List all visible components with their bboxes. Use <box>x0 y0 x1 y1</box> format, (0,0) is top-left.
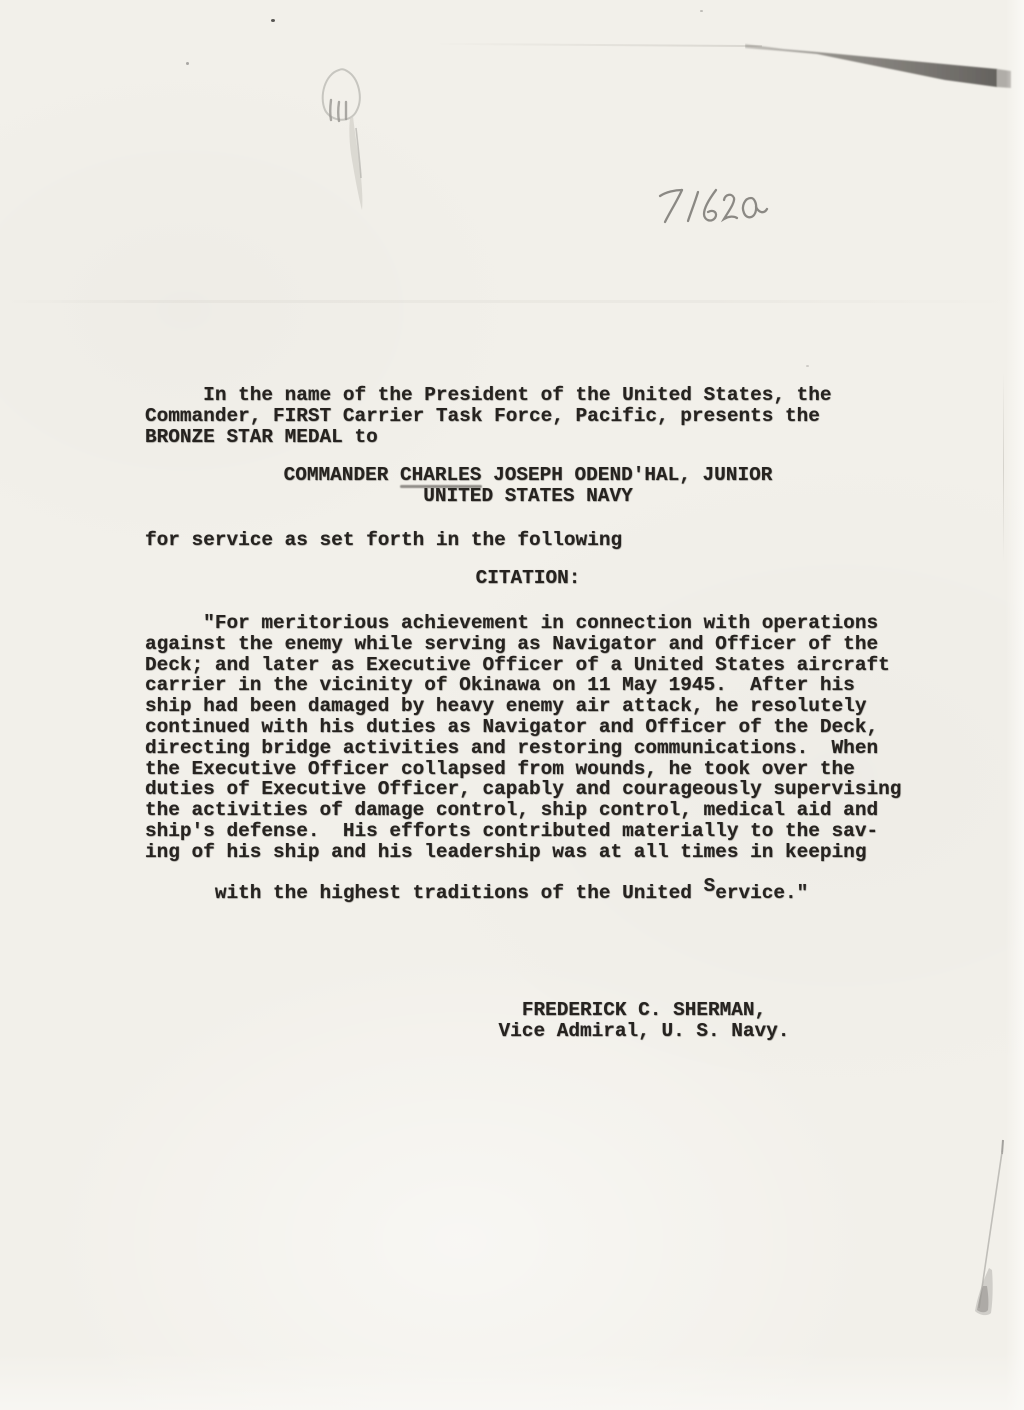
citation-line: against the enemy while serving as Navig… <box>145 634 945 655</box>
scan-edge-line <box>1003 372 1004 562</box>
signature-title: Vice Admiral, U. S. Navy. <box>344 1021 944 1042</box>
raised-letter: S <box>704 876 716 897</box>
ink-speck <box>186 62 189 65</box>
ink-speck <box>271 19 275 22</box>
citation-line: ship had been damaged by heavy enemy air… <box>145 696 945 717</box>
scan-edge-bottom <box>0 1352 1024 1410</box>
citation-last-suffix: ervice." <box>715 882 808 904</box>
preamble: for service as set forth in the followin… <box>145 530 945 551</box>
citation-line: "For meritorious achievement in connecti… <box>145 613 945 634</box>
citation-line: carrier in the vicinity of Okinawa on 11… <box>145 675 945 696</box>
scan-streak-artifact <box>745 38 1024 98</box>
signature-name: FREDERICK C. SHERMAN, <box>344 1000 944 1021</box>
opening-line: In the name of the President of the Unit… <box>145 385 945 406</box>
citation-line: continued with his duties as Navigator a… <box>145 717 945 738</box>
scanned-document-page: 71620 In the name of the President of th… <box>0 0 1024 1410</box>
overstrike-smear <box>400 485 482 488</box>
citation-last-line: with the highest traditions of the Unite… <box>145 863 945 925</box>
scan-edge-right <box>1006 0 1024 1410</box>
citation-last-prefix: with the highest traditions of the Unite… <box>215 882 704 904</box>
paper-fold-line <box>0 300 1024 303</box>
handwritten-number-value: 71620 <box>652 182 653 183</box>
opening-line: Commander, FIRST Carrier Task Force, Pac… <box>145 406 945 427</box>
citation-line: Deck; and later as Executive Officer of … <box>145 655 945 676</box>
recipient-branch: UNITED STATES NAVY <box>145 486 911 507</box>
recipient-name: COMMANDER CHARLES JOSEPH ODEND'HAL, JUNI… <box>145 465 911 486</box>
citation-line: the activities of damage control, ship c… <box>145 800 945 821</box>
handwritten-number: 71620 <box>652 182 780 234</box>
ink-speck <box>700 10 703 12</box>
citation-paragraph: "For meritorious achievement in connecti… <box>145 613 945 925</box>
citation-line: ing of his ship and his leadership was a… <box>145 842 945 863</box>
citation-line: the Executive Officer collapsed from wou… <box>145 759 945 780</box>
preamble-line: for service as set forth in the followin… <box>145 530 945 551</box>
citation-heading-block: CITATION: <box>145 568 911 589</box>
signature-block: FREDERICK C. SHERMAN, Vice Admiral, U. S… <box>344 1000 944 1042</box>
citation-line: duties of Executive Officer, capably and… <box>145 779 945 800</box>
scan-crease-line <box>432 43 762 47</box>
citation-line: directing bridge activities and restorin… <box>145 738 945 759</box>
opening-paragraph: In the name of the President of the Unit… <box>145 385 945 447</box>
recipient-block: COMMANDER CHARLES JOSEPH ODEND'HAL, JUNI… <box>145 465 911 507</box>
smudge-artifact <box>312 58 376 222</box>
citation-line: ship's defense. His efforts contributed … <box>145 821 945 842</box>
citation-heading: CITATION: <box>145 568 911 589</box>
ink-speck <box>806 365 809 367</box>
opening-line: BRONZE STAR MEDAL to <box>145 427 945 448</box>
